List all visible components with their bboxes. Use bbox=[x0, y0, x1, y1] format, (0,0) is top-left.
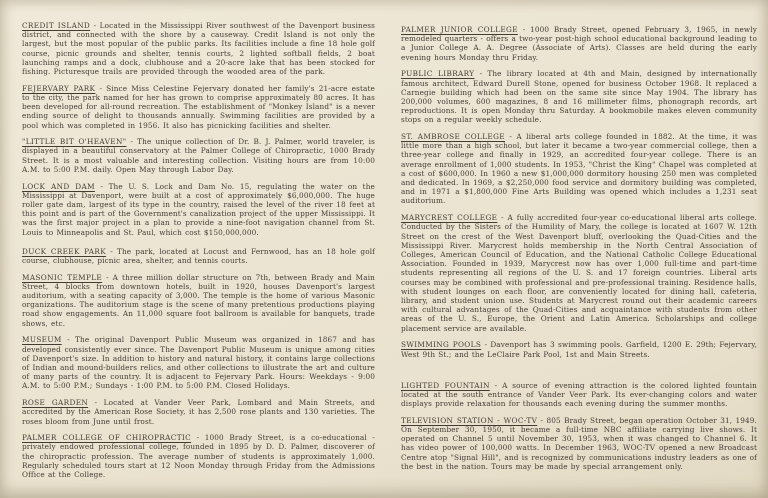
section-heading: PALMER JUNIOR COLLEGE bbox=[401, 25, 518, 34]
section-heading: FEJERVARY PARK bbox=[22, 84, 95, 93]
section-body: - The U. S. Lock and Dam No. 15, regulat… bbox=[22, 182, 375, 237]
document-section: PALMER COLLEGE OF CHIROPRACTIC - 1000 Br… bbox=[22, 433, 375, 479]
document-section: MUSEUM - The original Davenport Public M… bbox=[22, 335, 375, 390]
document-section: ROSE GARDEN - Located at Vander Veer Par… bbox=[22, 398, 375, 426]
document-section: "LITTLE BIT O'HEAVEN" - The unique colle… bbox=[22, 137, 375, 174]
section-heading: MUSEUM bbox=[22, 335, 62, 344]
section-heading: DUCK CREEK PARK bbox=[22, 247, 106, 256]
document-section: MASONIC TEMPLE - A three million dollar … bbox=[22, 273, 375, 328]
section-body: - A three million dollar structure on 7t… bbox=[22, 273, 375, 328]
section-heading: MARYCREST COLLEGE bbox=[401, 213, 497, 222]
section-body: - A liberal arts college founded in 1882… bbox=[401, 132, 757, 205]
section-heading: PUBLIC LIBRARY bbox=[401, 69, 474, 78]
section-heading: PALMER COLLEGE OF CHIROPRACTIC bbox=[22, 433, 191, 442]
document-section: ST. AMBROSE COLLEGE - A liberal arts col… bbox=[401, 132, 757, 206]
section-body: - Located in the Mississippi River south… bbox=[22, 21, 375, 76]
section-heading: "LITTLE BIT O'HEAVEN" bbox=[22, 137, 126, 146]
section-body: - The original Davenport Public Museum w… bbox=[22, 335, 375, 390]
document-section: SWIMMING POOLS - Davenport has 3 swimmin… bbox=[401, 340, 757, 358]
section-heading: SWIMMING POOLS bbox=[401, 340, 481, 349]
section-body: - A fully accredited four-year co-educat… bbox=[401, 213, 757, 332]
document-section: TELEVISION STATION - WOC-TV - 805 Brady … bbox=[401, 416, 757, 471]
document-section: MARYCREST COLLEGE - A fully accredited f… bbox=[401, 213, 757, 333]
document-section: CREDIT ISLAND - Located in the Mississip… bbox=[22, 21, 375, 76]
document-section: PALMER JUNIOR COLLEGE - 1000 Brady Stree… bbox=[401, 25, 757, 62]
document-section: LOCK AND DAM - The U. S. Lock and Dam No… bbox=[22, 182, 375, 237]
section-heading: ROSE GARDEN bbox=[22, 398, 88, 407]
document-section: DUCK CREEK PARK - The park, located at L… bbox=[22, 247, 375, 265]
section-body: - 805 Brady Street, began operation Octo… bbox=[401, 416, 757, 471]
section-heading: MASONIC TEMPLE bbox=[22, 273, 102, 282]
section-heading: CREDIT ISLAND bbox=[22, 21, 90, 30]
section-body: - The library located at 4th and Main, d… bbox=[401, 69, 757, 124]
document-section: PUBLIC LIBRARY - The library located at … bbox=[401, 69, 757, 124]
document-section: FEJERVARY PARK - Since Miss Celestine Fe… bbox=[22, 84, 375, 130]
document-section: LIGHTED FOUNTAIN - A source of evening a… bbox=[401, 381, 757, 409]
document-page: CREDIT ISLAND - Located in the Mississip… bbox=[0, 0, 768, 498]
section-heading: TELEVISION STATION - WOC-TV bbox=[401, 416, 537, 425]
section-heading: LOCK AND DAM bbox=[22, 182, 95, 191]
right-column: PALMER JUNIOR COLLEGE - 1000 Brady Stree… bbox=[401, 25, 757, 479]
section-heading: ST. AMBROSE COLLEGE bbox=[401, 132, 505, 141]
left-column: CREDIT ISLAND - Located in the Mississip… bbox=[22, 21, 375, 487]
section-heading: LIGHTED FOUNTAIN bbox=[401, 381, 490, 390]
